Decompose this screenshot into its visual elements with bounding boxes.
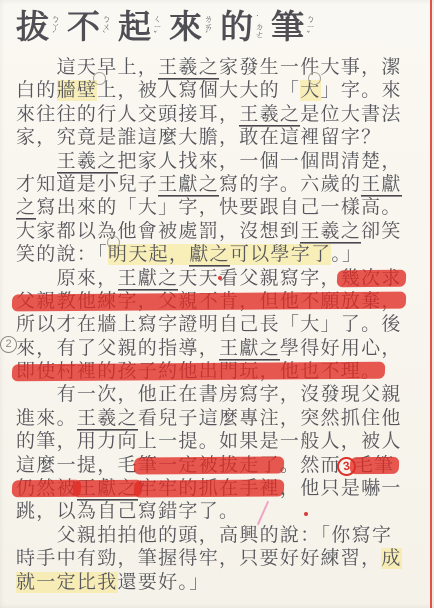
title-char: 筆 [271,8,304,48]
zhuyin-ruby: ㄅㄧˇ [306,16,315,40]
text-segment: 王獻之 [118,268,179,289]
text-segment: 學得好用心， [280,338,402,359]
text-segment: 王羲之 [57,151,118,172]
title-char-unit: 拔ㄅㄚˊ [16,8,60,48]
text-line: 所以才在牆上寫字證明自己長「大」了。後 [16,313,426,336]
text-segment: 仍然被 [16,478,77,499]
text-segment: 王獻之 [219,338,280,359]
title-char: 不 [67,8,100,48]
text-segment: 大家都以為他會被處罰，沒想到 [16,221,300,242]
text-segment: 才知道是小兒子 [16,174,158,195]
page-title: 拔ㄅㄚˊ不ㄅㄨˋ起ㄑㄧˇ來ㄌㄞˊ的˙ㄉㄜ筆ㄅㄧˇ [16,8,322,48]
text-segment: 牢牢的抓在手裡 [138,478,280,499]
title-char-unit: 的˙ㄉㄜ [220,8,264,48]
text-segment: 之 [16,197,36,218]
text-segment: 父親拍拍他的頭，高興的說：「你寫字 [16,525,392,546]
text-segment: 時手中有勁，筆握得牢，只要好好練習， [16,548,381,569]
text-line: 笑的說：「明天起，獻之可以學字了。」 [16,243,426,266]
pencil-num-mark: 2 [0,336,17,353]
text-segment: 成 [381,548,401,569]
text-line: 的筆，用力向上一提。如果是一般人，被人 [16,430,426,453]
text-line: 有一次，他正在書房寫字，沒發現父親 [16,383,426,406]
text-line: 原來，王獻之天天看父親寫字，幾次求 [16,267,426,290]
zhuyin-ruby: ㄑㄧˇ [153,16,162,40]
zhuyin-ruby: ㄅㄚˊ [51,16,60,40]
text-line: 仍然被王獻之牢牢的抓在手裡，他只是嚇一 [16,477,426,500]
text-segment: 原來， [16,268,118,289]
text-segment: 筆一定被拔走了 [138,455,280,476]
text-segment: 是位大書法 [300,104,402,125]
text-segment: 白的 [16,80,57,101]
text-segment: 毛筆 [354,455,395,476]
text-segment: 。然而 [280,455,341,476]
text-segment: 這麼一提，毛 [16,455,138,476]
title-char-unit: 筆ㄅㄧˇ [271,8,315,48]
text-line: 之寫出來的「大」字，快要跟自己一樣高。 [16,196,426,219]
text-line: 父親拍拍他的頭，高興的說：「你寫字 [16,524,426,547]
scanned-page: 拔ㄅㄚˊ不ㄅㄨˋ起ㄑㄧˇ來ㄌㄞˊ的˙ㄉㄜ筆ㄅㄧˇ 這天早上，王羲之家發生一件大事… [0,0,434,608]
text-segment: 寫出來的「大」字，快要跟自己一樣高。 [36,197,401,218]
text-segment: 來往往的行人交頭接耳， [16,104,239,125]
title-char-unit: 來ㄌㄞˊ [169,8,213,48]
text-segment: 即使村裡的孩子約他出門玩，他也不理。 [16,361,381,382]
text-segment: 可以學字了 [230,244,332,265]
text-segment: 父親教他練字，父親不肯，但他不願放棄， [16,291,402,312]
text-segment: 王羲之 [77,408,138,429]
text-line: 就一定比我還要好。」 [16,571,426,594]
text-line: 白的牆壁上，被人寫個大大的「大」字。來 [16,79,426,102]
text-line: 即使村裡的孩子約他出門玩，他也不理。 [16,360,426,383]
title-char-unit: 不ㄅㄨˋ [67,8,111,48]
title-char-unit: 起ㄑㄧˇ [118,8,162,48]
text-segment: 王獻之 [158,174,219,195]
text-segment: 王羲之 [300,221,361,242]
text-segment: 跳，以為自己寫錯字了。 [16,501,239,522]
text-line: 這天早上，王羲之家發生一件大事，潔 [16,56,426,79]
text-segment: 就一定比我 [16,572,118,593]
text-segment: 大 [300,80,320,101]
title-char: 的 [220,8,253,48]
text-segment: ，他只是嚇一 [280,478,402,499]
text-segment: 看兒子這麼專注，突然抓住他 [138,408,402,429]
text-segment: 所以才在牆上寫字證明自己長「大」了。後 [16,314,402,335]
text-segment: 牆壁 [57,80,98,101]
text-segment [16,151,57,172]
text-segment: 幾次求 [341,268,402,289]
zhuyin-ruby: ㄌㄞˊ [204,16,213,40]
title-char: 拔 [16,8,49,48]
text-line: 父親教他練字，父親不肯，但他不願放棄， [16,290,426,313]
text-segment: 王獻之 [77,478,138,499]
title-char: 來 [169,8,202,48]
text-line: 來往往的行人交頭接耳，王羲之是位大書法 [16,103,426,126]
text-segment: 寫的字。六歲的 [219,174,361,195]
text-segment: 家，究竟是誰這麼大膽，敢在這裡留字？ [16,127,381,148]
zhuyin-ruby: ㄅㄨˋ [102,16,111,40]
text-segment: 卻笑 [361,221,402,242]
text-segment: 把家人找來，一個一個問清楚， [118,151,402,172]
text-segment: 。」 [331,244,362,265]
text-segment: 有一次，他正在書房寫字，沒發現父親 [16,384,402,405]
text-line: 來，有了父親的指導，王獻之學得好用心， [16,337,426,360]
zhuyin-ruby: ˙ㄉㄜ [255,16,264,40]
title-char: 起 [118,8,151,48]
text-segment: 明天起， [108,244,189,265]
text-segment: 王獻 [361,174,402,195]
text-segment: 進來。 [16,408,77,429]
text-line: 跳，以為自己寫錯字了。 [16,500,426,523]
text-segment: 來，有了父親的指導， [16,338,219,359]
text-segment: 這天早上， [16,57,158,78]
text-segment: 天天看父親寫字， [178,268,340,289]
red-margin-line [430,0,433,608]
text-segment: 獻之 [189,244,230,265]
text-segment: 王羲之 [239,104,300,125]
body-text: 這天早上，王羲之家發生一件大事，潔白的牆壁上，被人寫個大大的「大」字。來來往往的… [16,56,426,594]
text-line: 時手中有勁，筆握得牢，只要好好練習，成 [16,547,426,570]
text-line: 這麼一提，毛筆一定被拔走了。然而3毛筆 [16,454,426,477]
text-line: 大家都以為他會被處罰，沒想到王羲之卻笑 [16,220,426,243]
text-segment: 的筆，用力向上一提。如果是一般人，被人 [16,431,402,452]
text-line: 才知道是小兒子王獻之寫的字。六歲的王獻 [16,173,426,196]
text-segment: 還要好。」 [118,572,210,593]
text-line: 進來。王羲之看兒子這麼專注，突然抓住他 [16,407,426,430]
text-segment: 家發生一件大事，潔 [219,57,402,78]
text-segment: 笑的說：「 [16,244,108,265]
text-line: 家，究竟是誰這麼大膽，敢在這裡留字？ [16,126,426,149]
text-segment: 上，被人寫個大大的「 [97,80,300,101]
text-segment: 王羲之 [158,57,219,78]
text-line: 王羲之把家人找來，一個一個問清楚， [16,150,426,173]
text-segment: 」字。來 [321,80,402,101]
